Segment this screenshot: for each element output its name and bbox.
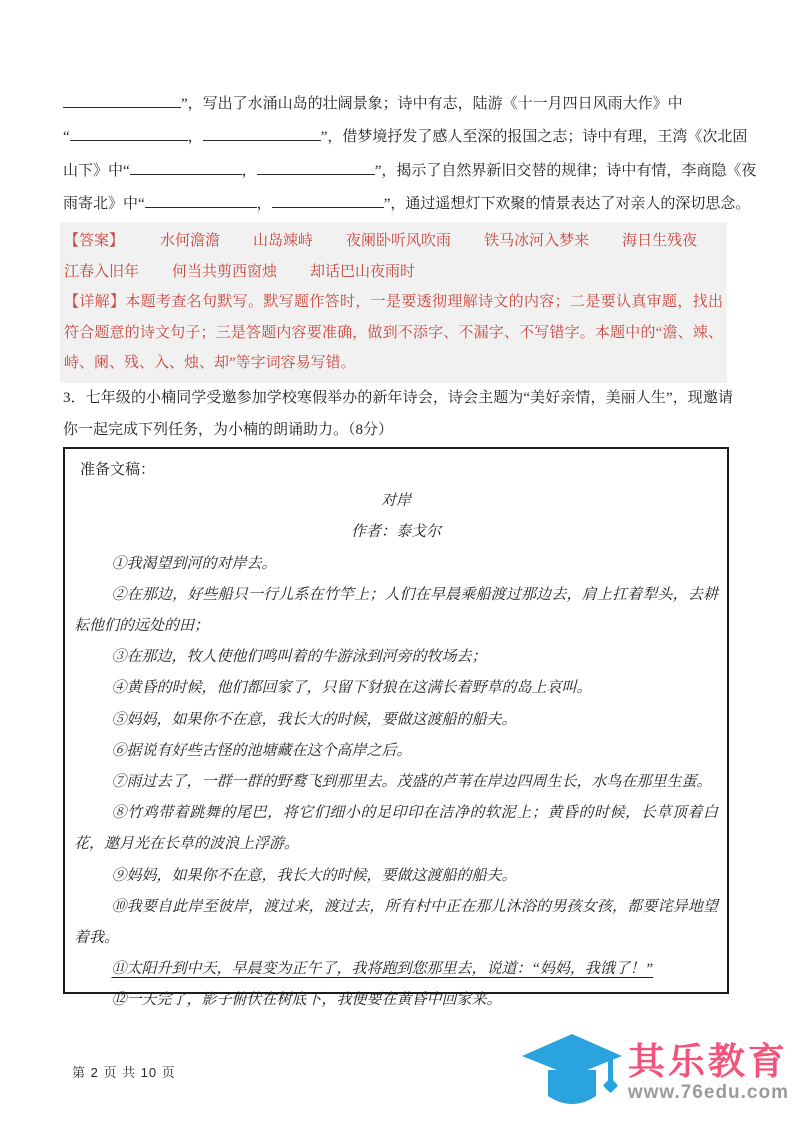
page-number: 第 2 页 共 10 页	[72, 1062, 176, 1081]
answer-label: 【答案】	[64, 233, 124, 249]
poem-doc-label: 准备文稿：	[74, 455, 718, 486]
answer-item: 却话巴山夜雨时	[310, 264, 415, 280]
brand-url: www.76edu.com	[628, 1082, 789, 1104]
answer-item: 海日生残夜	[622, 233, 697, 249]
fill-blank-line: “，”，借梦境抒发了感人至深的报国之志；诗中有理，王湾《次北固	[63, 121, 733, 154]
intro-text: ”，写出了水涌山岛的壮阔景象；诗中有志，陆游《十一月四日风雨大作》中	[181, 96, 683, 112]
answer-blank	[63, 94, 181, 108]
answer-blank	[130, 161, 242, 175]
poem-stanza: ④黄昏的时候，他们都回家了，只留下豺狼在这满长着野草的岛上哀叫。	[74, 673, 718, 704]
answer-item: 水何澹澹	[160, 233, 220, 249]
answer-row: 江春入旧年何当共剪西窗烛却话巴山夜雨时	[64, 257, 723, 288]
poem-box: 准备文稿： 对岸 作者：泰戈尔 ①我渴望到河的对岸去。 ②在那边，好些船只一行儿…	[63, 447, 729, 994]
poem-stanza: ⑩我要自此岸至彼岸，渡过来，渡过去，所有村中正在那儿沐浴的男孩女孩，都要诧异地望…	[74, 892, 718, 954]
answer-item: 夜阑卧听风吹雨	[346, 233, 451, 249]
poem-stanza: ①我渴望到河的对岸去。	[74, 549, 718, 580]
answer-item: 铁马冰河入梦来	[484, 233, 589, 249]
graduation-cap-icon	[518, 1030, 626, 1116]
poem-stanza: ⑨妈妈，如果你不在意，我长大的时候，要做这渡船的船夫。	[74, 861, 718, 892]
poem-stanza: ⑫一天完了，影子俯伏在树底下，我便要在黄昏中回家来。	[74, 985, 718, 1016]
poem-author: 作者：泰戈尔	[74, 517, 718, 548]
intro-text: 雨寄北》中“	[63, 196, 145, 212]
poem-title: 对岸	[74, 486, 718, 517]
intro-paragraph: ”，写出了水涌山岛的壮阔景象；诗中有志，陆游《十一月四日风雨大作》中 “，”，借…	[63, 88, 733, 222]
intro-text: ，	[188, 129, 203, 145]
answer-blank	[145, 194, 257, 208]
poem-stanza: ⑥据说有好些古怪的池塘藏在这个高岸之后。	[74, 736, 718, 767]
answer-item: 山岛竦峙	[253, 233, 313, 249]
poem-stanza: ⑤妈妈，如果你不在意，我长大的时候，要做这渡船的船夫。	[74, 705, 718, 736]
question-3-text: 3．七年级的小楠同学受邀参加学校寒假举办的新年诗会，诗会主题为“美好亲情，美丽人…	[63, 390, 733, 438]
intro-text: 山下》中“	[63, 163, 130, 179]
poem-stanza: ⑧竹鸡带着跳舞的尾巴，将它们细小的足印印在洁净的软泥上；黄昏的时候，长草顶着白花…	[74, 798, 718, 860]
poem-stanza: ③在那边，牧人使他们鸣叫着的牛游泳到河旁的牧场去；	[74, 642, 718, 673]
detail-paragraph: 【详解】本题考查名句默写。默写题作答时，一是要透彻理解诗文的内容；二是要认真审题…	[64, 287, 723, 379]
brand-logo: 其乐教育 www.76edu.com	[518, 1030, 789, 1116]
answer-blank	[257, 161, 375, 175]
intro-text: “	[63, 129, 70, 145]
intro-text: ”，揭示了自然界新旧交替的规律；诗中有情，李商隐《夜	[375, 163, 757, 179]
brand-name: 其乐教育	[628, 1042, 788, 1082]
poem-stanza: ⑦雨过去了，一群一群的野鹜飞到那里去。茂盛的芦苇在岸边四周生长，水鸟在那里生蛋。	[74, 767, 718, 798]
fill-blank-line: 雨寄北》中“，”，通过遥想灯下欢聚的情景表达了对亲人的深切思念。	[63, 188, 733, 221]
detail-label: 【详解】	[64, 294, 125, 310]
intro-text: ”，通过遥想灯下欢聚的情景表达了对亲人的深切思念。	[384, 196, 751, 212]
logo-text: 其乐教育 www.76edu.com	[628, 1042, 789, 1104]
answer-blank	[70, 127, 188, 141]
intro-text: ”，借梦境抒发了感人至深的报国之志；诗中有理，王湾《次北固	[321, 129, 748, 145]
question-3: 3．七年级的小楠同学受邀参加学校寒假举办的新年诗会，诗会主题为“美好亲情，美丽人…	[63, 382, 733, 446]
answer-item: 江春入旧年	[64, 264, 139, 280]
answer-item: 何当共剪西窗烛	[172, 264, 277, 280]
intro-text: ，	[257, 196, 272, 212]
answer-row: 【答案】水何澹澹山岛竦峙夜阑卧听风吹雨铁马冰河入梦来海日生残夜	[64, 226, 723, 257]
answer-blank	[203, 127, 321, 141]
poem-stanza-underlined: ⑪太阳升到中天，早晨变为正午了，我将跑到您那里去，说道：“妈妈，我饿了！”	[74, 954, 718, 985]
fill-blank-line: 山下》中“，”，揭示了自然界新旧交替的规律；诗中有情，李商隐《夜	[63, 155, 733, 188]
fill-blank-line: ”，写出了水涌山岛的壮阔景象；诗中有志，陆游《十一月四日风雨大作》中	[63, 88, 733, 121]
poem-stanza: ②在那边，好些船只一行儿系在竹竿上；人们在早晨乘船渡过那边去，肩上扛着犁头，去耕…	[74, 580, 718, 642]
answer-explanation-block: 【答案】水何澹澹山岛竦峙夜阑卧听风吹雨铁马冰河入梦来海日生残夜 江春入旧年何当共…	[60, 222, 727, 383]
intro-text: ，	[242, 163, 257, 179]
detail-text: 本题考查名句默写。默写题作答时，一是要透彻理解诗文的内容；二是要认真审题，找出符…	[64, 294, 723, 371]
answer-blank	[272, 194, 384, 208]
